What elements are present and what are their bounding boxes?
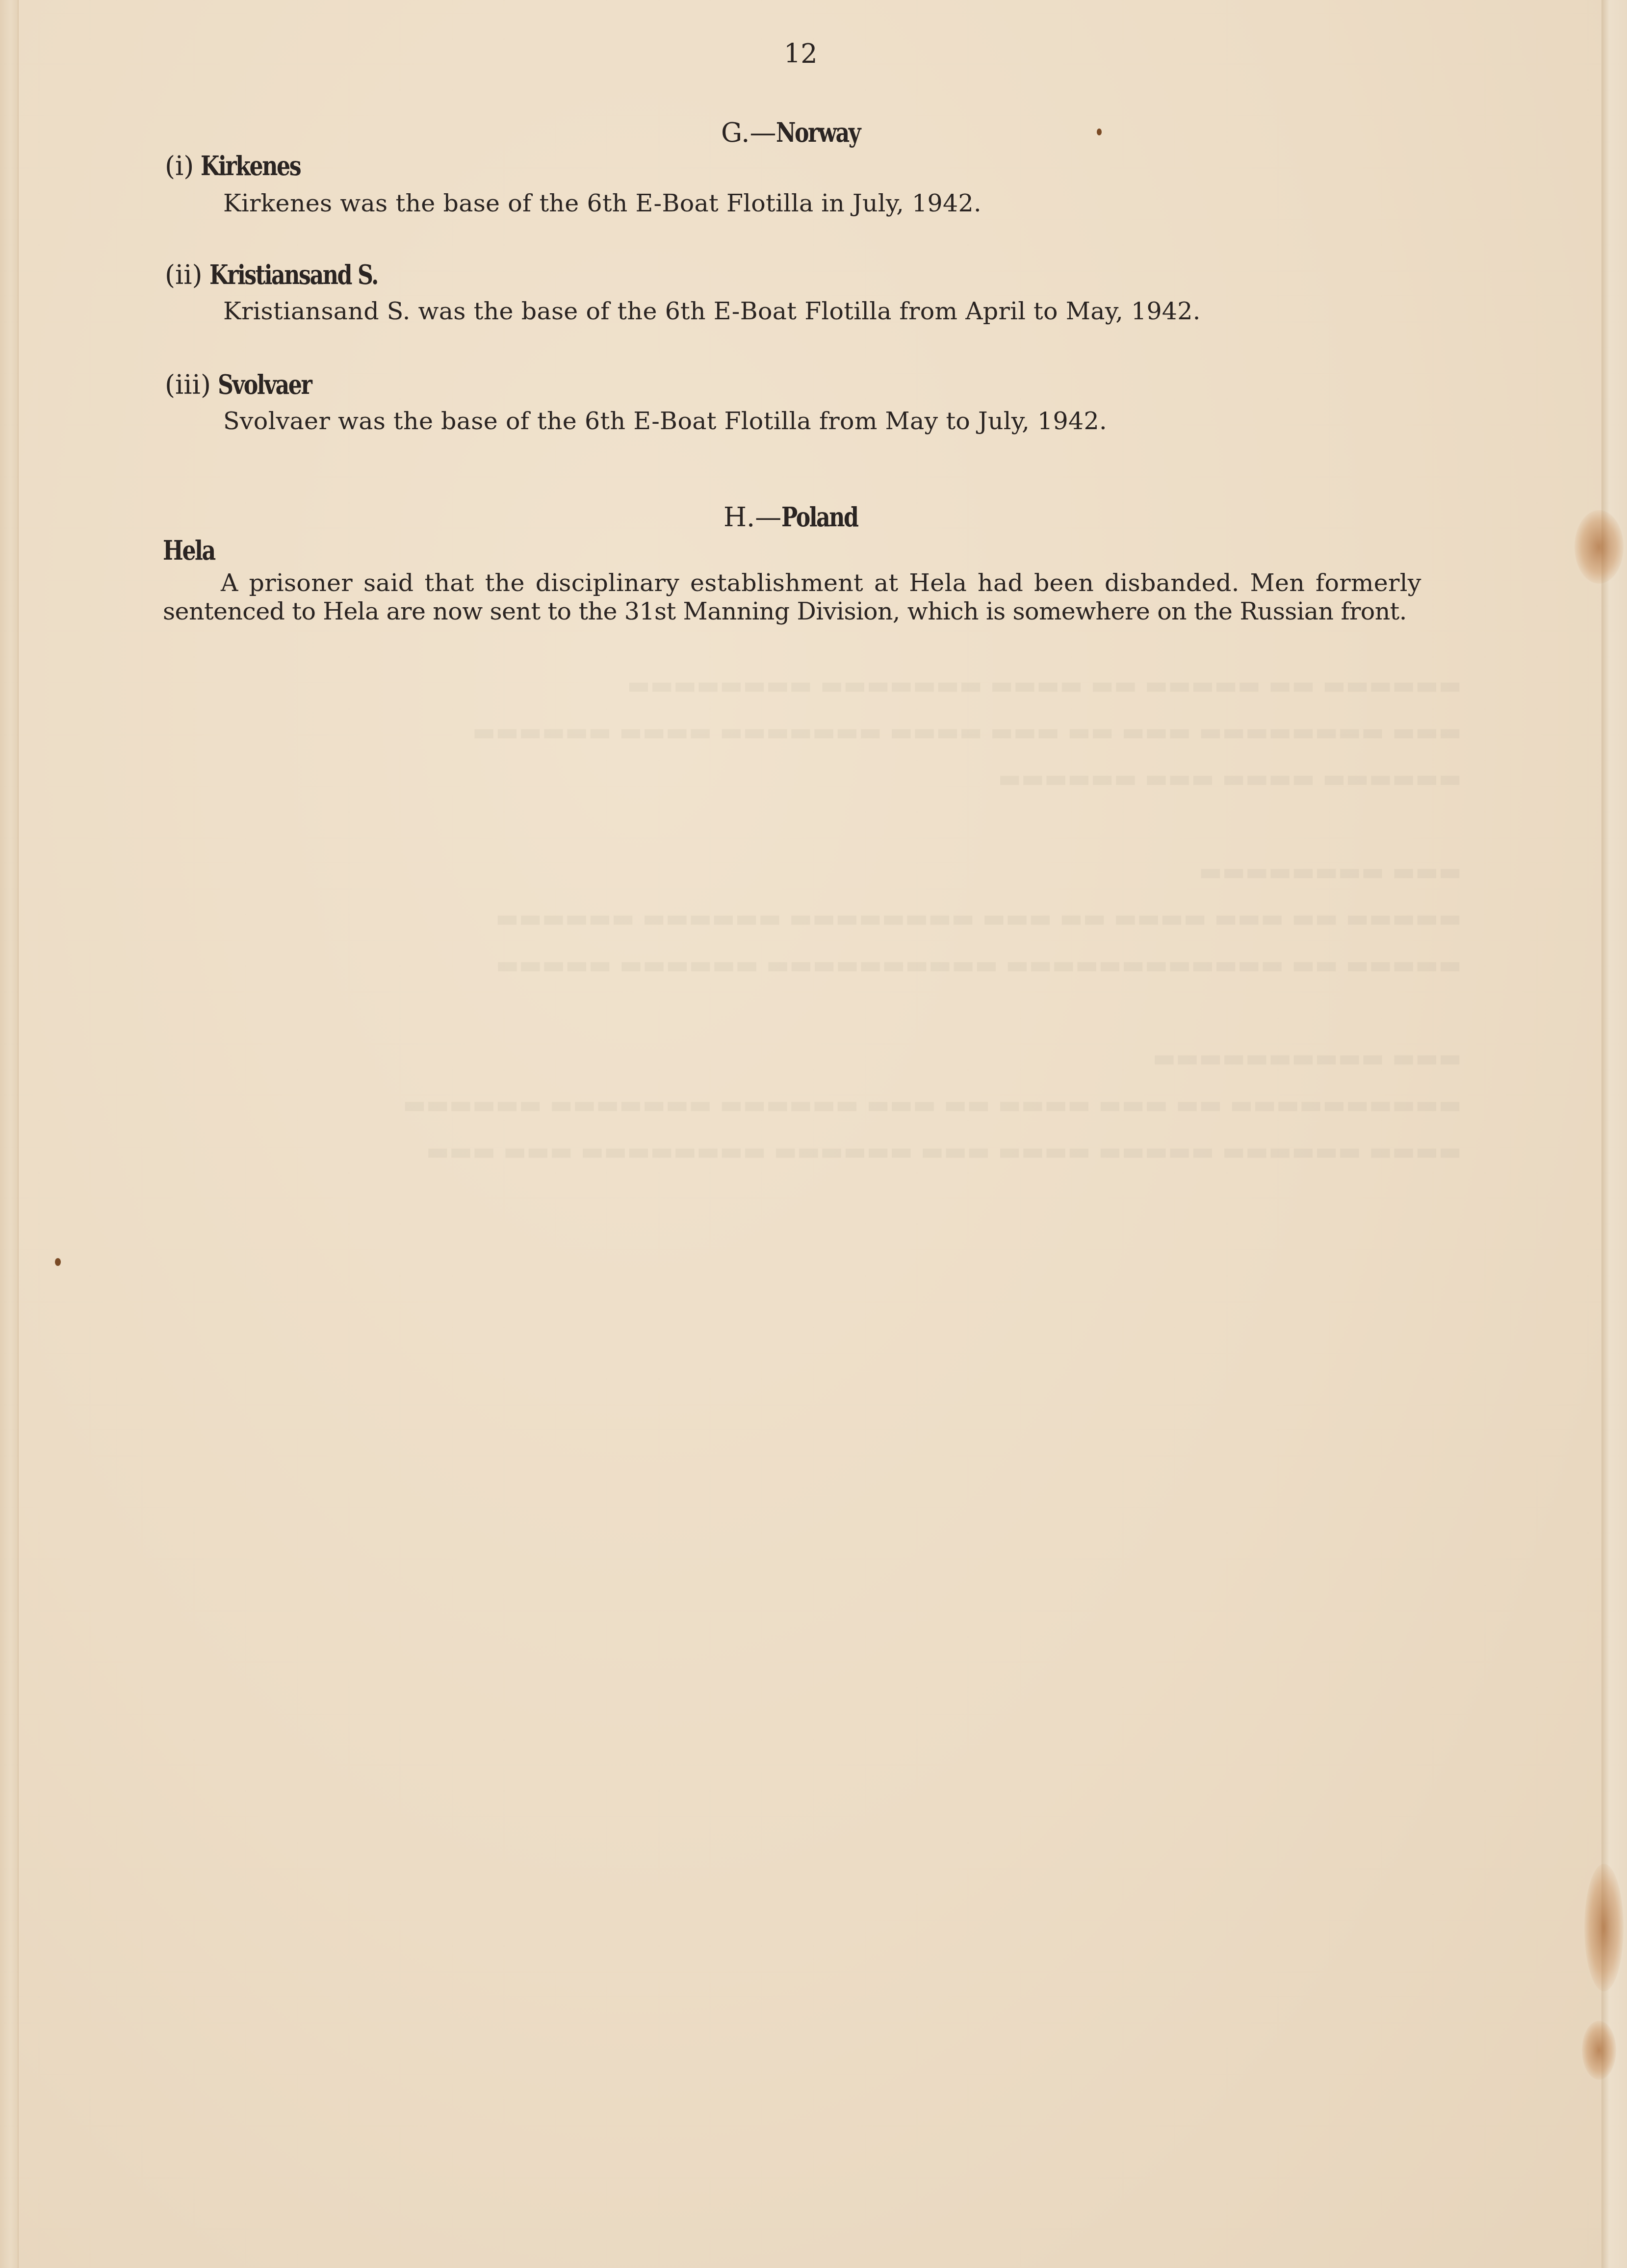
binding-fold bbox=[0, 0, 19, 2268]
entry-text-svolvaer: Svolvaer was the base of the 6th E-Boat … bbox=[223, 407, 1107, 435]
entry-heading-kristiansand: (ii)Kristiansand S. bbox=[165, 259, 414, 290]
bleed-through-text: ▬▬▬▬▬▬ ▬▬ ▬▬▬▬▬ ▬▬ ▬▬▬▬ ▬▬▬▬▬▬▬ ▬▬▬▬▬▬▬▬… bbox=[162, 662, 1462, 2232]
entry-number: (i) bbox=[165, 151, 194, 181]
entry-heading-svolvaer: (iii)Svolvaer bbox=[165, 369, 332, 400]
entry-heading-kirkenes: (i)Kirkenes bbox=[165, 150, 322, 181]
rust-stain bbox=[1582, 2021, 1616, 2080]
entry-title: Kirkenes bbox=[201, 150, 300, 181]
section-name: Poland bbox=[781, 501, 858, 533]
entry-heading-hela: Hela bbox=[163, 535, 226, 566]
ink-spot bbox=[1097, 129, 1102, 135]
section-title-norway: G.—Norway bbox=[721, 117, 878, 148]
entry-title: Hela bbox=[163, 535, 215, 566]
section-letter: G.— bbox=[721, 117, 776, 148]
section-title-poland: H.—Poland bbox=[723, 501, 875, 533]
rust-stain bbox=[1575, 510, 1624, 584]
entry-number: (ii) bbox=[165, 259, 203, 290]
section-name: Norway bbox=[776, 117, 860, 148]
rust-stain bbox=[1584, 1864, 1624, 1991]
page-number: 12 bbox=[784, 38, 818, 69]
entry-text-kirkenes: Kirkenes was the base of the 6th E-Boat … bbox=[223, 189, 981, 217]
entry-text-hela-line-2: sentenced to Hela are now sent to the 31… bbox=[163, 597, 1407, 625]
section-letter: H.— bbox=[723, 502, 781, 533]
entry-title: Svolvaer bbox=[218, 369, 311, 400]
entry-text-hela-line-1: A prisoner said that the disciplinary es… bbox=[221, 569, 1421, 597]
entry-number: (iii) bbox=[165, 369, 211, 400]
entry-title: Kristiansand S. bbox=[209, 259, 378, 290]
entry-text-kristiansand: Kristiansand S. was the base of the 6th … bbox=[223, 297, 1201, 325]
ink-spot bbox=[55, 1258, 61, 1266]
